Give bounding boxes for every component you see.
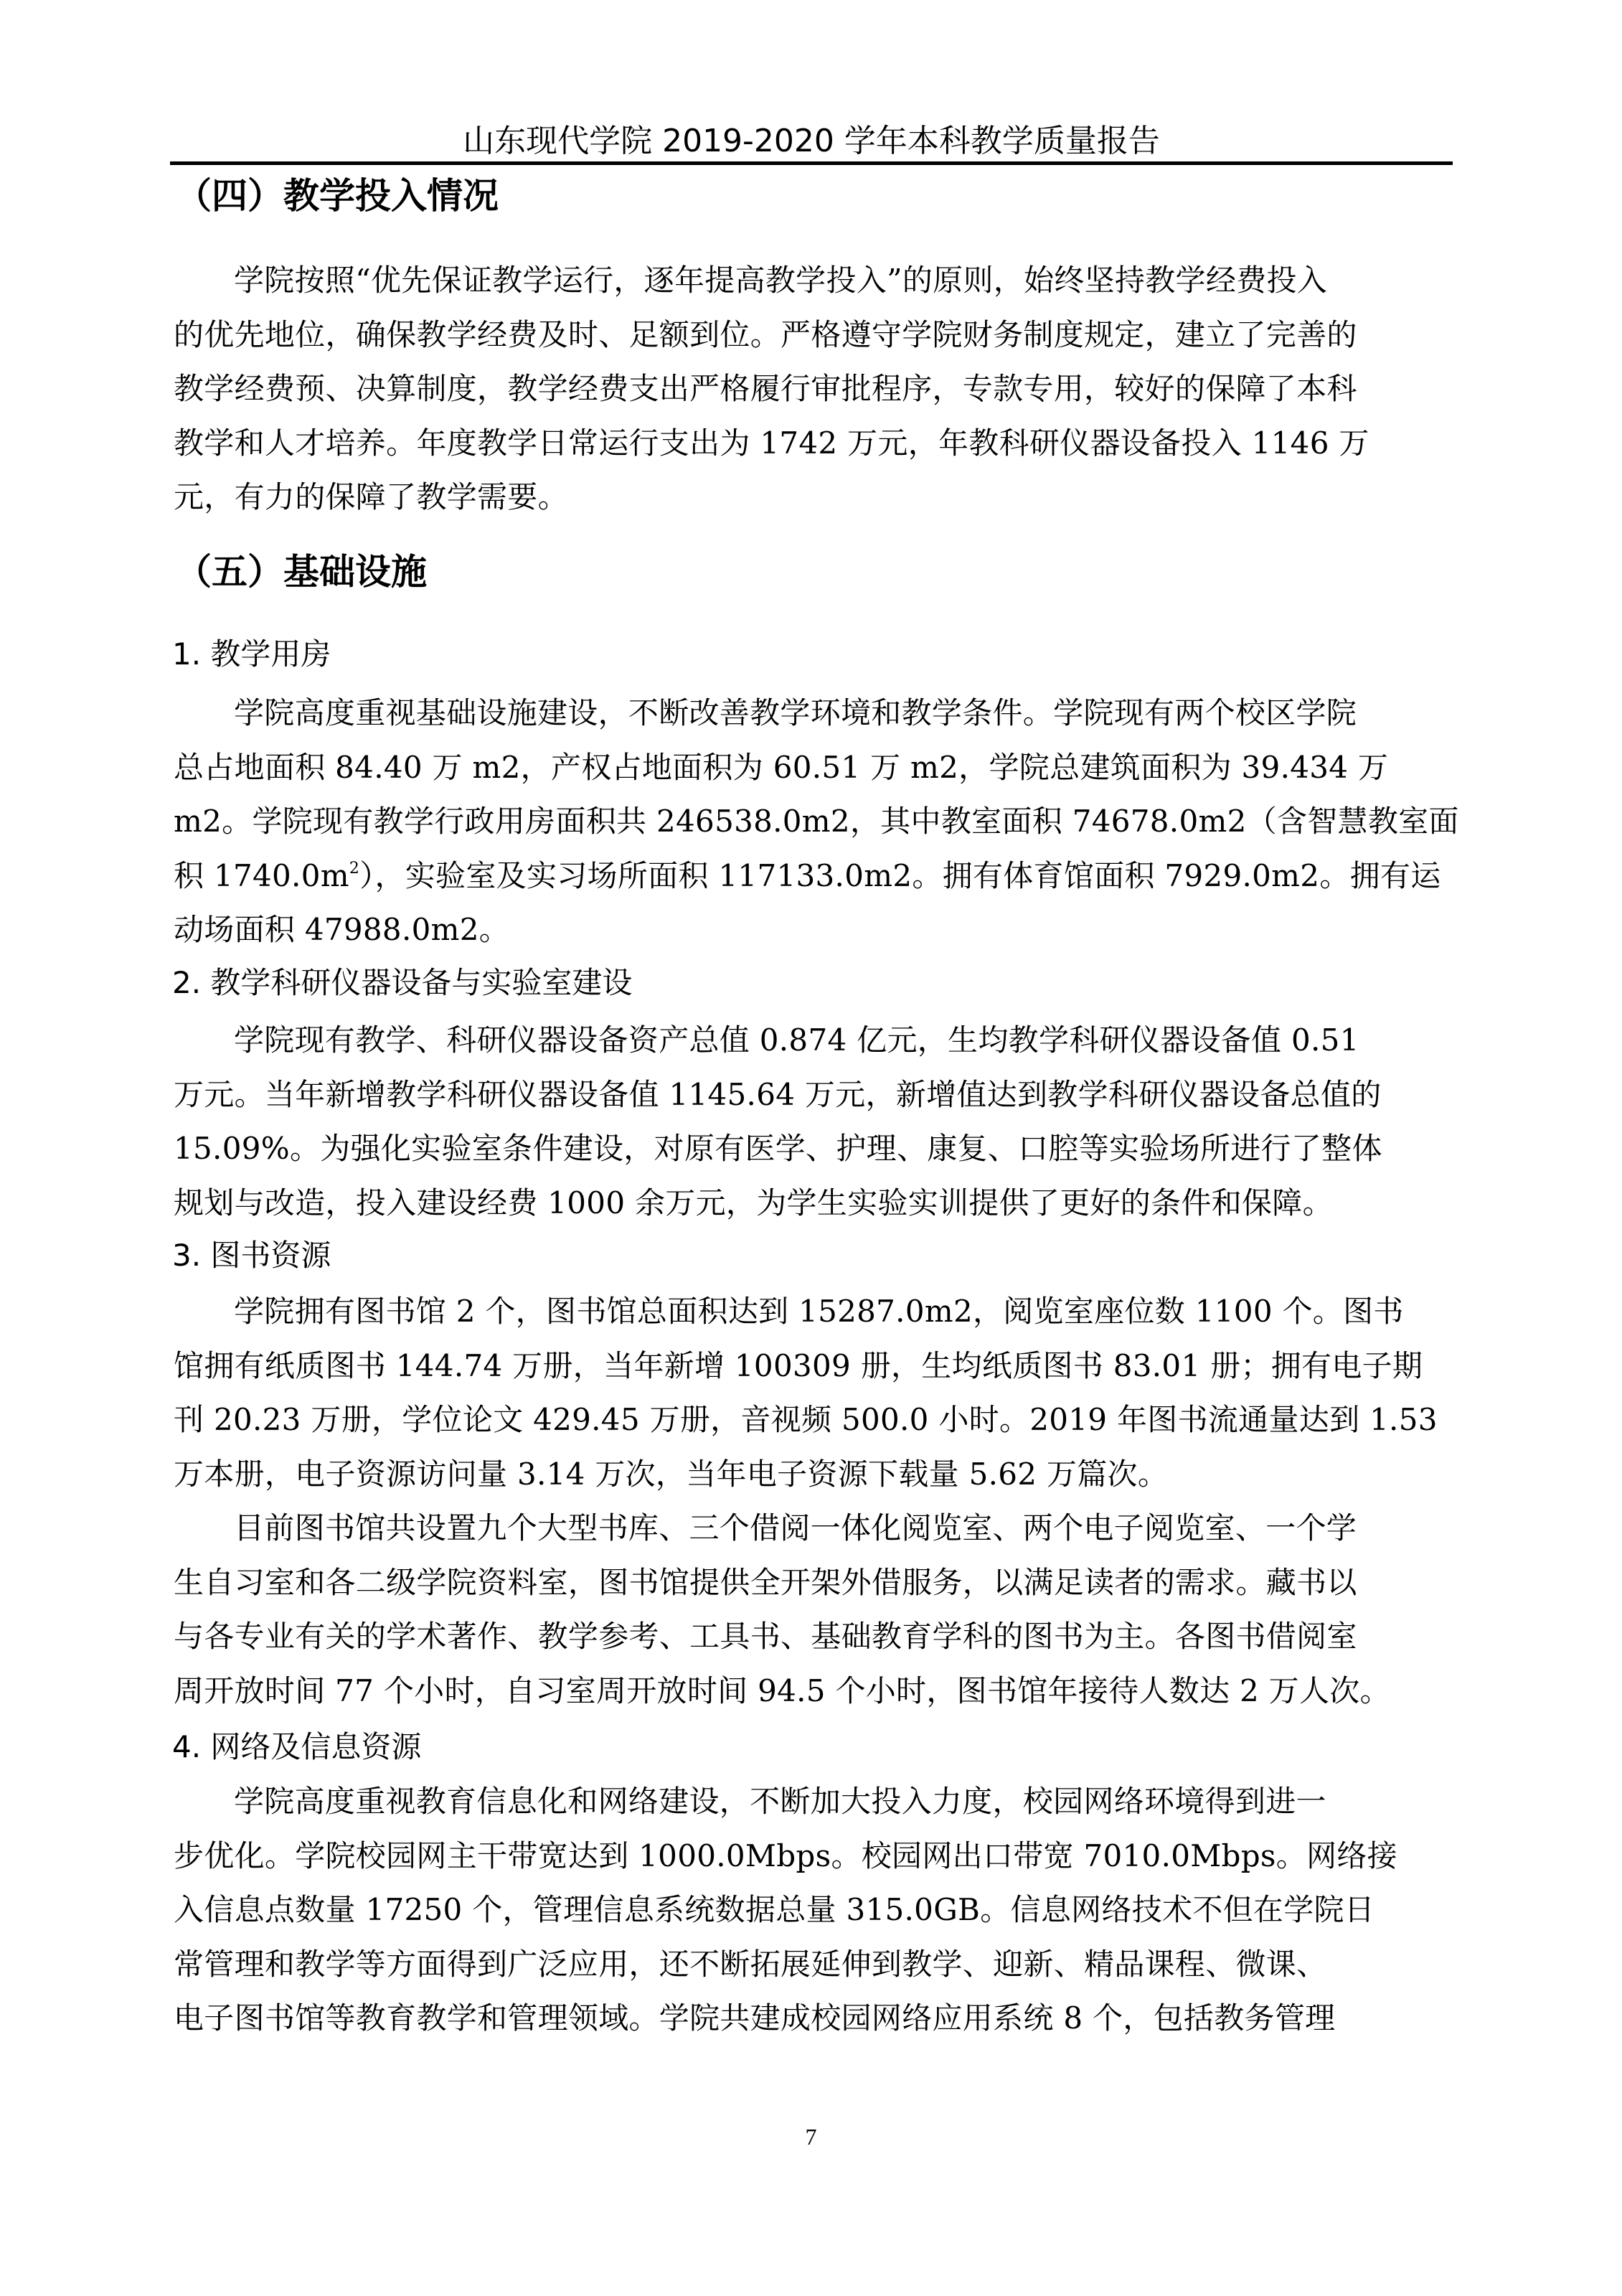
paragraph-teaching-investment: 学院按照“优先保证教学运行，逐年提高教学投入”的原则，始终坚持教学经费投入 的优… bbox=[174, 263, 1454, 534]
paragraph-line: 学院按照“优先保证教学运行，逐年提高教学投入”的原则，始终坚持教学经费投入 bbox=[174, 263, 1454, 317]
paragraph-line: 学院高度重视教育信息化和网络建设，不断加大投入力度，校园网络环境得到进一 bbox=[174, 1784, 1454, 1838]
paragraph-line: 周开放时间 77 个小时，自习室周开放时间 94.5 个小时，图书馆年接待人数达… bbox=[174, 1673, 1454, 1728]
paragraph-line: 学院现有教学、科研仪器设备资产总值 0.874 亿元，生均教学科研仪器设备值 0… bbox=[174, 1022, 1454, 1077]
paragraph-line: 元，有力的保障了教学需要。 bbox=[174, 479, 1454, 534]
superscript-2: 2 bbox=[349, 860, 359, 878]
paragraph-line: 积 1740.0m2），实验室及实习场所面积 117133.0m2。拥有体育馆面… bbox=[174, 858, 1454, 913]
sub-heading-teaching-buildings: 1. 教学用房 bbox=[172, 636, 331, 673]
paragraph-line: 生自习室和各二级学院资料室，图书馆提供全开架外借服务，以满足读者的需求。藏书以 bbox=[174, 1565, 1454, 1619]
paragraph-line: 总占地面积 84.40 万 m2，产权占地面积为 60.51 万 m2，学院总建… bbox=[174, 750, 1454, 804]
paragraph-line: 万元。当年新增教学科研仪器设备值 1145.64 万元，新增值达到教学科研仪器设… bbox=[174, 1077, 1454, 1131]
document-page: 山东现代学院 2019-2020 学年本科教学质量报告 （四）教学投入情况 学院… bbox=[0, 0, 1622, 2296]
header-rule bbox=[170, 161, 1453, 165]
paragraph-line: 教学经费预、决算制度，教学经费支出严格履行审批程序，专款专用，较好的保障了本科 bbox=[174, 371, 1454, 425]
paragraph-line: 目前图书馆共设置九个大型书库、三个借阅一体化阅览室、两个电子阅览室、一个学 bbox=[174, 1510, 1454, 1565]
paragraph-line: 的优先地位，确保教学经费及时、足额到位。严格遵守学院财务制度规定，建立了完善的 bbox=[174, 317, 1454, 372]
paragraph-teaching-buildings: 学院高度重视基础设施建设，不断改善教学环境和教学条件。学院现有两个校区学院 总占… bbox=[174, 695, 1454, 966]
paragraph-line: 万本册，电子资源访问量 3.14 万次，当年电子资源下载量 5.62 万篇次。 bbox=[174, 1457, 1454, 1511]
paragraph-line: 馆拥有纸质图书 144.74 万册，当年新增 100309 册，生均纸质图书 8… bbox=[174, 1348, 1454, 1403]
paragraph-equipment-labs: 学院现有教学、科研仪器设备资产总值 0.874 亿元，生均教学科研仪器设备值 0… bbox=[174, 1022, 1454, 1239]
sub-heading-network-info: 4. 网络及信息资源 bbox=[172, 1728, 421, 1766]
section-heading-infrastructure: （五）基础设施 bbox=[176, 550, 427, 593]
paragraph-network-info: 学院高度重视教育信息化和网络建设，不断加大投入力度，校园网络环境得到进一 步优化… bbox=[174, 1784, 1454, 2055]
paragraph-line: 教学和人才培养。年度教学日常运行支出为 1742 万元，年教科研仪器设备投入 1… bbox=[174, 425, 1454, 480]
paragraph-line: 15.09%。为强化实验室条件建设，对原有医学、护理、康复、口腔等实验场所进行了… bbox=[174, 1131, 1454, 1185]
paragraph-line: 入信息点数量 17250 个，管理信息系统数据总量 315.0GB。信息网络技术… bbox=[174, 1892, 1454, 1947]
paragraph-line: 规划与改造，投入建设经费 1000 余万元，为学生实验实训提供了更好的条件和保障… bbox=[174, 1185, 1454, 1240]
paragraph-line: 电子图书馆等教育教学和管理领域。学院共建成校园网络应用系统 8 个，包括教务管理 bbox=[174, 2000, 1454, 2055]
paragraph-line: m2。学院现有教学行政用房面积共 246538.0m2，其中教室面积 74678… bbox=[174, 804, 1454, 858]
paragraph-line: 刊 20.23 万册，学位论文 429.45 万册，音视频 500.0 小时。2… bbox=[174, 1402, 1454, 1457]
page-number: 7 bbox=[0, 2122, 1622, 2151]
paragraph-line: 与各专业有关的学术著作、教学参考、工具书、基础教育学科的图书为主。各图书借阅室 bbox=[174, 1619, 1454, 1673]
paragraph-line: 学院拥有图书馆 2 个，图书馆总面积达到 15287.0m2，阅览室座位数 11… bbox=[174, 1294, 1454, 1348]
paragraph-line: 步优化。学院校园网主干带宽达到 1000.0Mbps。校园网出口带宽 7010.… bbox=[174, 1838, 1454, 1893]
paragraph-line: 常管理和教学等方面得到广泛应用，还不断拓展延伸到教学、迎新、精品课程、微课、 bbox=[174, 1947, 1454, 2001]
line-text: ），实验室及实习场所面积 117133.0m2。拥有体育馆面积 7929.0m2… bbox=[359, 858, 1441, 893]
sub-heading-equipment-labs: 2. 教学科研仪器设备与实验室建设 bbox=[172, 964, 632, 1002]
sub-heading-library-resources: 3. 图书资源 bbox=[172, 1237, 331, 1274]
section-heading-teaching-investment: （四）教学投入情况 bbox=[176, 174, 499, 217]
line-text: 积 1740.0m bbox=[174, 858, 349, 893]
paragraph-library-resources: 学院拥有图书馆 2 个，图书馆总面积达到 15287.0m2，阅览室座位数 11… bbox=[174, 1294, 1454, 1727]
running-header: 山东现代学院 2019-2020 学年本科教学质量报告 bbox=[170, 121, 1453, 162]
paragraph-line: 学院高度重视基础设施建设，不断改善教学环境和教学条件。学院现有两个校区学院 bbox=[174, 695, 1454, 750]
paragraph-line: 动场面积 47988.0m2。 bbox=[174, 912, 1454, 966]
